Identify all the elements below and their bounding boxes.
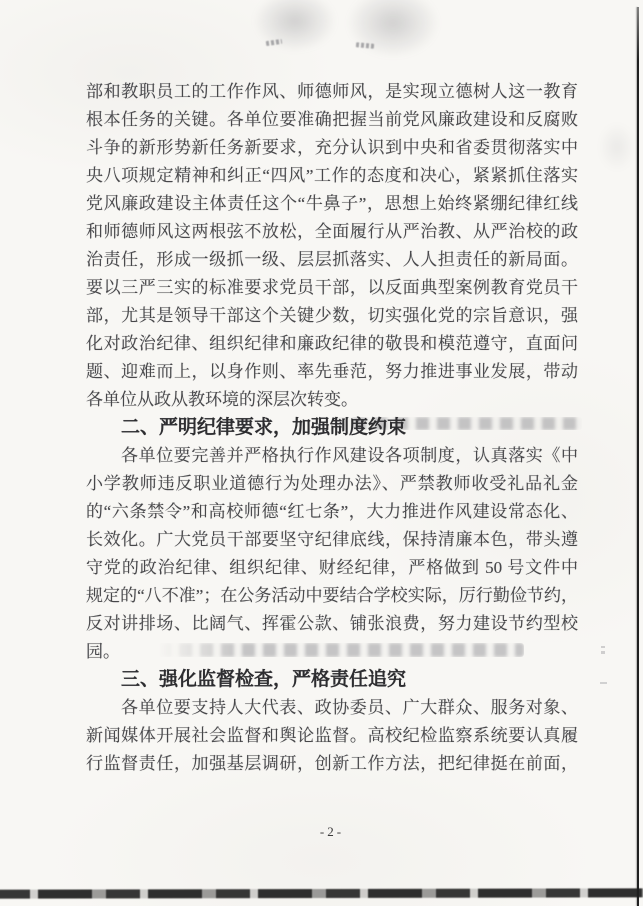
scan-smudge-right-margin xyxy=(598,122,636,172)
text-line: 化对政治纪律、组织纪律和廉政纪律的敬畏和模范遵守，直面问 xyxy=(86,330,578,358)
text-line: 反对讲排场、比阔气、挥霍公款、铺张浪费，努力建设节约型校 xyxy=(86,610,578,638)
text-line: 小学教师违反职业道德行为处理办法》、严禁教师收受礼品礼金 xyxy=(86,470,578,498)
scan-edge-line-right xyxy=(637,7,639,906)
page-number: -2- xyxy=(86,824,578,840)
section-heading-3: 三、强化监督检查，严格责任追究 xyxy=(86,666,578,694)
text-line: 部，尤其是领导干部这个关键少数，切实强化党的宗旨意识，强 xyxy=(86,302,578,330)
text-line: 根本任务的关键。各单位要准确把握当前党风廉政建设和反腐败 xyxy=(86,106,578,134)
section-heading-2: 二、严明纪律要求，加强制度约束 xyxy=(86,414,578,442)
text-line: 央八项规定精神和纠正“四风”工作的态度和决心，紧紧抓住落实 xyxy=(86,162,578,190)
text-line: 和师德师风这两根弦不放松，全面履行从严治教、从严治校的政 xyxy=(86,218,578,246)
scan-edge-band-bottom xyxy=(0,888,643,898)
text-line: 的“六条禁令”和高校师德“红七条”，大力推进作风建设常态化、 xyxy=(86,498,578,526)
text-line: 要以三严三实的标准要求党员干部，以反面典型案例教育党员干 xyxy=(86,274,578,302)
scan-smudge-top-right xyxy=(346,0,440,58)
text-line: 题、迎难而上，以身作则、率先垂范，努力推进事业发展，带动 xyxy=(86,358,578,386)
text-line: 长效化。广大党员干部要坚守纪律底线，保持清廉本色，带头遵 xyxy=(86,526,578,554)
scan-speck-margin-1 xyxy=(601,646,605,654)
text-line: 治责任，形成一级抓一级、层层抓落实、人人担责任的新局面。 xyxy=(86,246,578,274)
text-line: 守党的政治纪律、组织纪律、财经纪律，严格做到 50 号文件中 xyxy=(86,554,578,582)
text-line: 斗争的新形势新任务新要求，充分认识到中央和省委贯彻落实中 xyxy=(86,134,578,162)
document-body: 部和教职员工的工作作风、师德师风，是实现立德树人这一教育 根本任务的关键。各单位… xyxy=(86,78,578,778)
text-line: 园。 xyxy=(86,638,578,666)
text-line: 党风廉政建设主体责任这个“牛鼻子”，思想上始终紧绷纪律红线 xyxy=(86,190,578,218)
text-line: 各单位从政从教环境的深层次转变。 xyxy=(86,386,578,414)
scanned-document-page: 部和教职员工的工作作风、师德师风，是实现立德树人这一教育 根本任务的关键。各单位… xyxy=(0,0,643,906)
text-line: 各单位要支持人大代表、政协委员、广大群众、服务对象、 xyxy=(86,694,578,722)
text-line: 规定的“八不准”；在公务活动中要结合学校实际，厉行勤俭节约， xyxy=(86,582,578,610)
scan-speck-margin-2 xyxy=(600,682,607,684)
text-line: 行监督责任，加强基层调研，创新工作方法，把纪律挺在前面， xyxy=(86,750,578,778)
text-line: 部和教职员工的工作作风、师德师风，是实现立德树人这一教育 xyxy=(86,78,578,106)
text-line: 各单位要完善并严格执行作风建设各项制度，认真落实《中 xyxy=(86,442,578,470)
text-line: 新闻媒体开展社会监督和舆论监督。高校纪检监察系统要认真履 xyxy=(86,722,578,750)
